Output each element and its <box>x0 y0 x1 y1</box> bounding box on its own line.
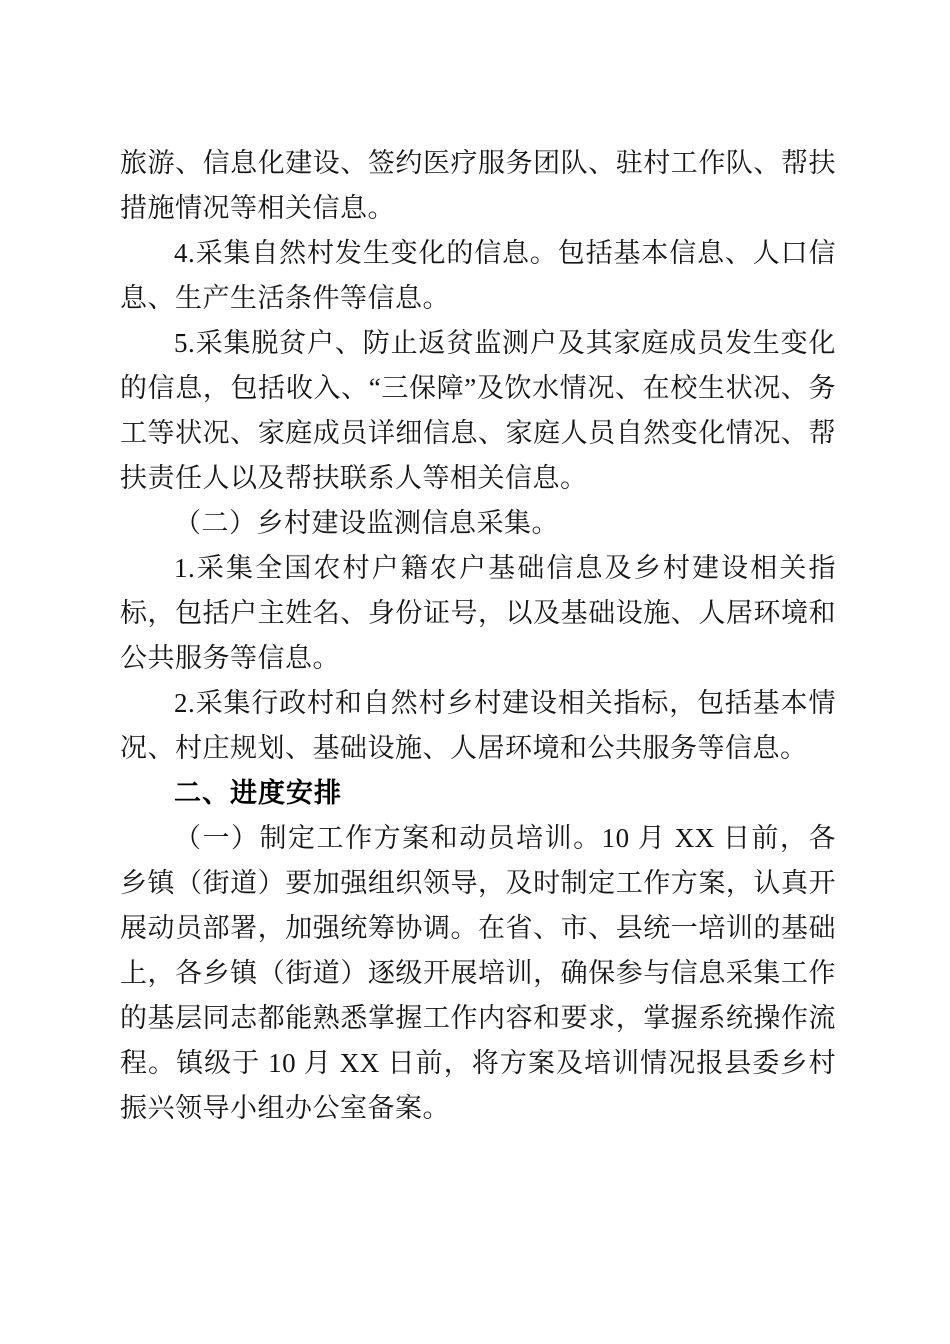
section-heading-progress-arrangement: 二、进度安排 <box>120 771 836 816</box>
paragraph-continuation: 旅游、信息化建设、签约医疗服务团队、驻村工作队、帮扶措施情况等相关信息。 <box>120 141 836 231</box>
sub-heading-rural-construction-monitoring: （二）乡村建设监测信息采集。 <box>120 501 836 546</box>
paragraph-work-plan-training: （一）制定工作方案和动员培训。10 月 XX 日前，各乡镇（街道）要加强组织领导… <box>120 816 836 1131</box>
paragraph-item-4: 4.采集自然村发生变化的信息。包括基本信息、人口信息、生产生活条件等信息。 <box>120 231 836 321</box>
document-page: 旅游、信息化建设、签约医疗服务团队、驻村工作队、帮扶措施情况等相关信息。 4.采… <box>0 0 950 1344</box>
paragraph-item-2: 2.采集行政村和自然村乡村建设相关指标，包括基本情况、村庄规划、基础设施、人居环… <box>120 681 836 771</box>
paragraph-item-1: 1.采集全国农村户籍农户基础信息及乡村建设相关指标，包括户主姓名、身份证号，以及… <box>120 546 836 681</box>
paragraph-item-5: 5.采集脱贫户、防止返贫监测户及其家庭成员发生变化的信息，包括收入、“三保障”及… <box>120 321 836 501</box>
